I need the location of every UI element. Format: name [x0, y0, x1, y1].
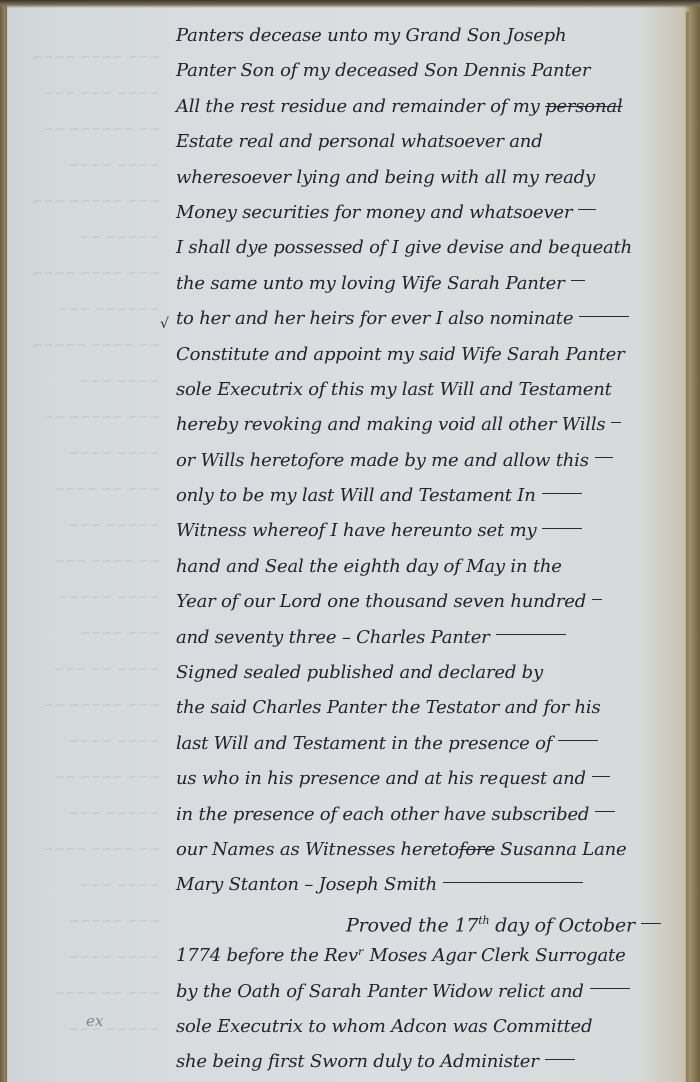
text-line: 1774 before the Revʳ Moses Agar Clerk Su… [176, 938, 681, 973]
text-line: she being first Sworn duly to Administer [176, 1044, 681, 1079]
text-line: our Names as Witnesses heretofore Susann… [176, 832, 681, 867]
text-line: wheresoever lying and being with all my … [176, 160, 681, 195]
text-line: hand and Seal the eighth day of May in t… [176, 549, 681, 584]
margin-note: ex [86, 1012, 103, 1030]
text-line: in the presence of each other have subsc… [176, 797, 681, 832]
struck-word: personal [545, 96, 622, 117]
text-line: Signed sealed published and declared by [176, 655, 681, 690]
text-line: Panters decease unto my Grand Son Joseph [176, 18, 681, 53]
page-top-shadow [0, 0, 700, 8]
text-line: Year of our Lord one thousand seven hund… [176, 584, 681, 619]
text-line: Witness whereof I have hereunto set my [176, 513, 681, 548]
text-line: Constitute and appoint my said Wife Sara… [176, 337, 681, 372]
margin-tick-mark: √ [160, 316, 169, 332]
text-line: last Will and Testament in the presence … [176, 726, 681, 761]
binding-spine [5, 6, 7, 1082]
text-line: the said Charles Panter the Testator and… [176, 690, 681, 725]
text-line: to her and her heirs for ever I also nom… [176, 301, 681, 336]
text-line: or Wills heretofore made by me and allow… [176, 443, 681, 478]
text-line: I shall dye possessed of I give devise a… [176, 230, 681, 265]
text-line: us who in his presence and at his reques… [176, 761, 681, 796]
will-text: Panters decease unto my Grand Son Joseph… [176, 18, 681, 1080]
text-line: Estate real and personal whatsoever and [176, 124, 681, 159]
text-line: Money securities for money and whatsoeve… [176, 195, 681, 230]
text-line: only to be my last Will and Testament In [176, 478, 681, 513]
text-line: by the Oath of Sarah Panter Widow relict… [176, 974, 681, 1009]
page-right-edge [686, 12, 689, 1082]
bleed-through-text: ~~~ ~~~~ ~~~~~~~~~ ~~~ ~~~~~ ~~~~~~ ~~~~… [30, 40, 160, 1070]
text-line: and seventy three – Charles Panter [176, 620, 681, 655]
text-line: sole Executrix of this my last Will and … [176, 372, 681, 407]
text-line: All the rest residue and remainder of my… [176, 89, 681, 124]
text-line: Mary Stanton – Joseph Smith [176, 867, 681, 902]
text-line-probate-heading: Proved the 17th day of October [176, 903, 681, 938]
text-line: hereby revoking and making void all othe… [176, 407, 681, 442]
text-line: Panter Son of my deceased Son Dennis Pan… [176, 53, 681, 88]
text-line: sole Executrix to whom Adcon was Committ… [176, 1009, 681, 1044]
manuscript-page: ~~~ ~~~~ ~~~~~~~~~ ~~~ ~~~~~ ~~~~~~ ~~~~… [0, 0, 700, 1082]
struck-word: fore [459, 839, 495, 860]
text-line: the same unto my loving Wife Sarah Pante… [176, 266, 681, 301]
